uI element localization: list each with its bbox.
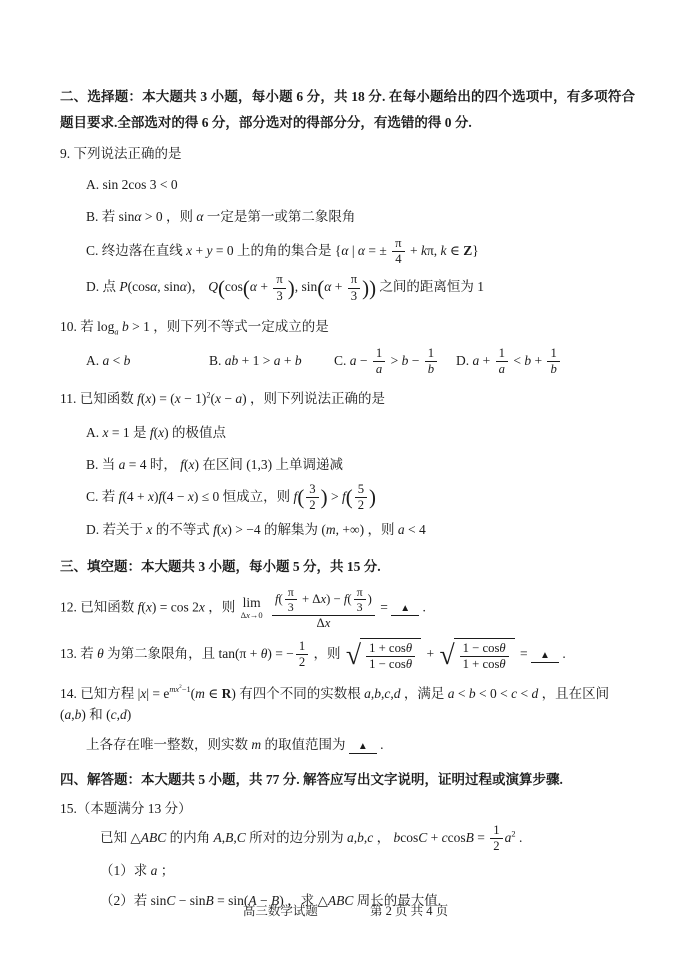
question-9-option-c: C. 终边落在直线 x + y = 0 上的角的集合是 {α | α = ± π… xyxy=(60,237,635,267)
question-9-option-a: A. sin 2cos 3 < 0 xyxy=(60,175,635,196)
question-10-option-d: D. a + 1a < b + 1b xyxy=(456,347,562,377)
question-14-line-2: 上各存在唯一整数，则实数 m 的取值范围为 ▲ . xyxy=(60,735,635,756)
question-9-stem: 9. 下列说法正确的是 xyxy=(60,143,635,165)
question-10-option-c: C. a − 1a > b − 1b xyxy=(334,347,456,377)
exam-page: 二、选择题：本大题共 3 小题，每小题 6 分，共 18 分. 在每小题给出的四… xyxy=(0,0,691,977)
question-11-option-d: D. 若关于 x 的不等式 f(x) > −4 的解集为 (m, +∞) ，则 … xyxy=(60,520,635,541)
section-solve-header: 四、解答题：本大题共 5 小题，共 77 分. 解答应写出文字说明，证明过程或演… xyxy=(60,767,635,793)
footer-page-indicator: 第 2 页 共 4 页 xyxy=(370,902,448,921)
question-10-option-a: A. a < b xyxy=(86,351,209,372)
question-10-options-row: A. a < b B. ab + 1 > a + b C. a − 1a > b… xyxy=(60,347,635,377)
question-11-option-c: C. 若 f(4 + x)f(4 − x) ≤ 0 恒成立，则 f(32) > … xyxy=(60,483,635,513)
question-15-number: 15.（本题满分 13 分） xyxy=(60,798,635,820)
question-15-part-1: （1）求 a ； xyxy=(60,861,635,882)
question-10-stem: 10. 若 loga b > 1 ，则下列不等式一定成立的是 xyxy=(60,316,635,338)
question-9-option-b: B. 若 sinα > 0 ，则 α 一定是第一或第二象限角 xyxy=(60,207,635,228)
question-13: 13. 若 θ 为第二象限角，且 tan(π + θ) = −12 ，则 √1 … xyxy=(60,638,635,672)
question-11-option-a: A. x = 1 是 f(x) 的极值点 xyxy=(60,423,635,444)
question-9-option-d: D. 点 P(cosα, sinα)， Q(cos(α + π3), sin(α… xyxy=(60,273,635,303)
section-fill-header: 三、填空题：本大题共 3 小题，每小题 5 分，共 15 分. xyxy=(60,554,635,580)
page-footer: 高三数学试题 第 2 页 共 4 页 xyxy=(0,902,691,921)
question-12: 12. 已知函数 f(x) = cos 2x ，则 limΔx→0 f(π3 +… xyxy=(60,586,635,630)
question-10-option-b: B. ab + 1 > a + b xyxy=(209,351,334,372)
footer-doc-title: 高三数学试题 xyxy=(243,902,318,921)
question-15-body: 已知 △ABC 的内角 A,B,C 所对的边分别为 a,b,c ， bcosC … xyxy=(60,824,635,854)
question-11-stem: 11. 已知函数 f(x) = (x − 1)2(x − a) ，则下列说法正确… xyxy=(60,388,635,410)
section-choice-header: 二、选择题：本大题共 3 小题，每小题 6 分，共 18 分. 在每小题给出的四… xyxy=(60,84,635,135)
question-11-option-b: B. 当 a = 4 时， f(x) 在区间 (1,3) 上单调递减 xyxy=(60,455,635,476)
question-14-line-1: 14. 已知方程 |x| = emx2−1(m ∈ R) 有四个不同的实数根 a… xyxy=(60,683,635,726)
